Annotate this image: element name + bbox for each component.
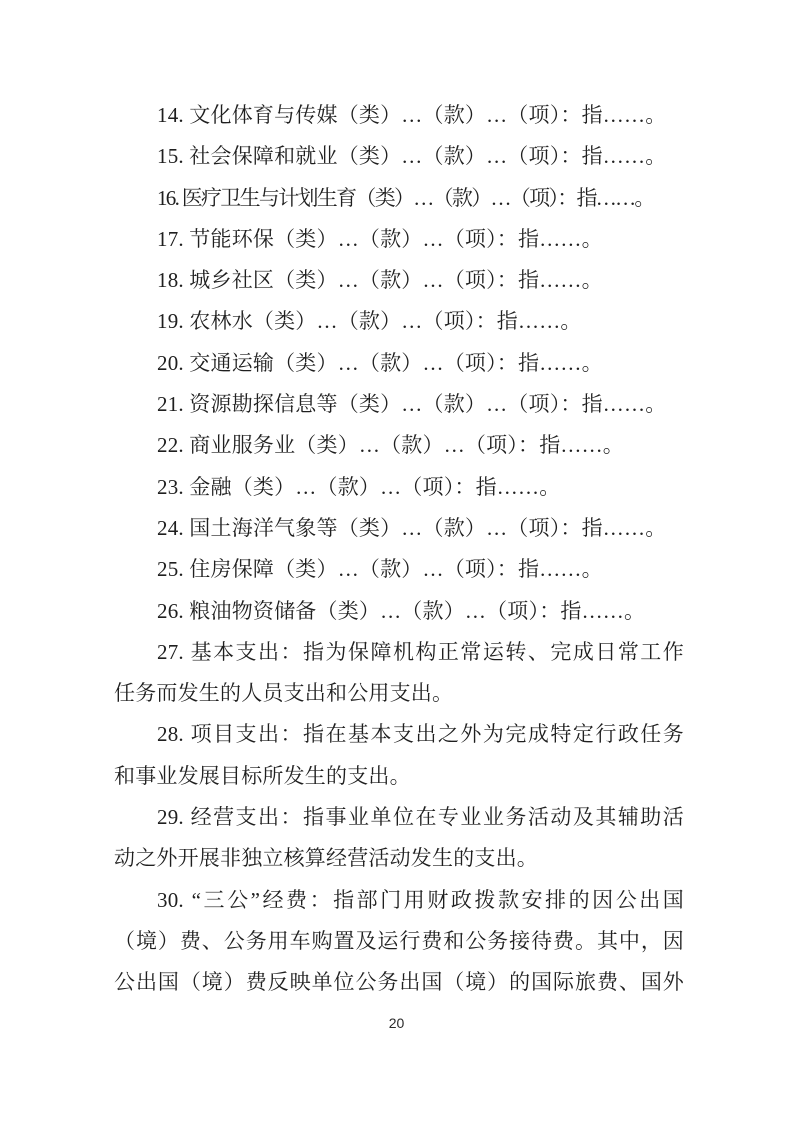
document-line: 动之外开展非独立核算经营活动发生的支出。 (114, 838, 684, 879)
page-number: 20 (0, 1014, 793, 1032)
document-line: 21. 资源勘探信息等（类）…（款）…（项）：指……。 (114, 384, 684, 425)
document-line: 17. 节能环保（类）…（款）…（项）：指……。 (114, 219, 684, 260)
document-line: 23. 金融（类）…（款）…（项）：指……。 (114, 467, 684, 508)
document-line: 和事业发展目标所发生的支出。 (114, 756, 684, 797)
document-line: 公出国（境）费反映单位公务出国（境）的国际旅费、国外 (114, 962, 684, 1003)
document-body: 14. 文化体育与传媒（类）…（款）…（项）：指……。15. 社会保障和就业（类… (114, 95, 684, 1004)
document-line: 30. “三公”经费：指部门用财政拨款安排的因公出国 (114, 880, 684, 921)
document-line: 20. 交通运输（类）…（款）…（项）：指……。 (114, 343, 684, 384)
document-line: 27. 基本支出：指为保障机构正常运转、完成日常工作 (114, 632, 684, 673)
document-line: 24. 国土海洋气象等（类）…（款）…（项）：指……。 (114, 508, 684, 549)
document-line: 任务而发生的人员支出和公用支出。 (114, 673, 684, 714)
document-page: 14. 文化体育与传媒（类）…（款）…（项）：指……。15. 社会保障和就业（类… (0, 0, 793, 1122)
document-line: （境）费、公务用车购置及运行费和公务接待费。其中，因 (114, 921, 684, 962)
document-line: 15. 社会保障和就业（类）…（款）…（项）：指……。 (114, 136, 684, 177)
document-line: 25. 住房保障（类）…（款）…（项）：指……。 (114, 549, 684, 590)
document-line: 14. 文化体育与传媒（类）…（款）…（项）：指……。 (114, 95, 684, 136)
document-line: 28. 项目支出：指在基本支出之外为完成特定行政任务 (114, 714, 684, 755)
document-line: 16. 医疗卫生与计划生育（类）…（款）…（项）：指……。 (114, 178, 684, 219)
document-line: 22. 商业服务业（类）…（款）…（项）：指……。 (114, 425, 684, 466)
document-line: 29. 经营支出：指事业单位在专业业务活动及其辅助活 (114, 797, 684, 838)
document-line: 26. 粮油物资储备（类）…（款）…（项）：指……。 (114, 591, 684, 632)
document-line: 19. 农林水（类）…（款）…（项）：指……。 (114, 301, 684, 342)
document-line: 18. 城乡社区（类）…（款）…（项）：指……。 (114, 260, 684, 301)
